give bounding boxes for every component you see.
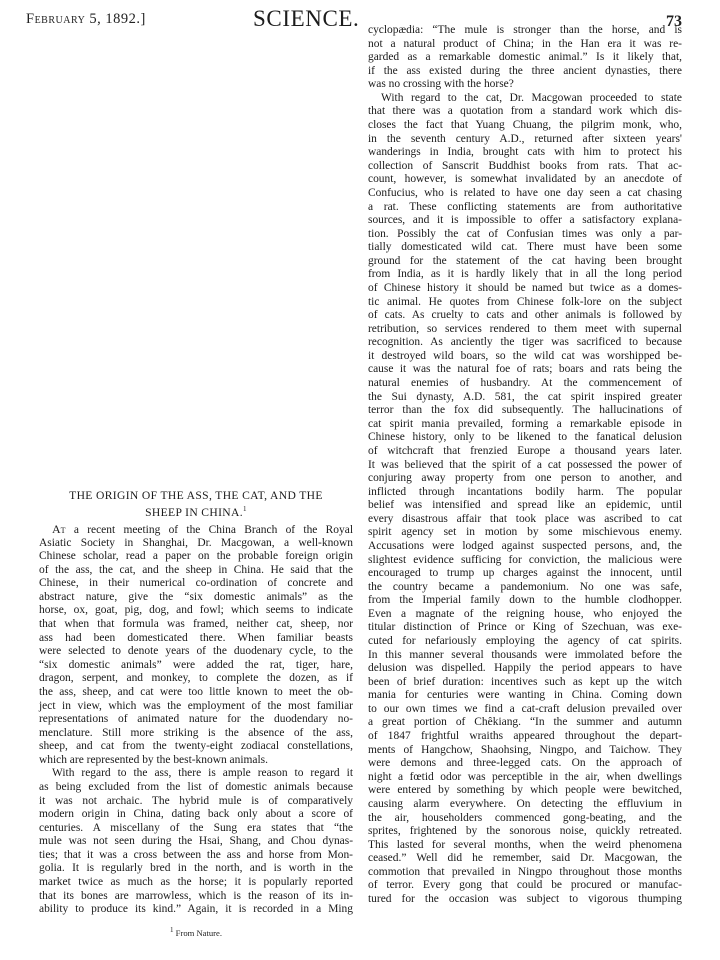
- text-line: that there was a quotation from a standa…: [368, 105, 682, 119]
- text-line: of 1847 frightful wraiths appeared throu…: [368, 730, 682, 744]
- text-line: representations of animated nature for t…: [39, 713, 353, 727]
- opening-word: At: [52, 522, 66, 536]
- text-line: Asiatic Society in Shanghai, Dr. Macgowa…: [39, 537, 353, 551]
- text-line: cuted for nefariously employing the agen…: [368, 635, 682, 649]
- text-line: Chinese history, only to be likened to t…: [368, 431, 682, 445]
- text-line: count, however, is somewhat invalidated …: [368, 173, 682, 187]
- text-line: if the ass existed during the three anci…: [368, 65, 682, 79]
- text-line: encouraged to trump up charges against t…: [368, 567, 682, 581]
- text-line: conjuring away property from one person …: [368, 472, 682, 486]
- text-line: closes the fact that Yuang Chuang, the p…: [368, 119, 682, 133]
- article-title: THE ORIGIN OF THE ASS, THE CAT, AND THE …: [39, 488, 353, 521]
- text-line: collection of Sanscrit Buddhist books fr…: [368, 160, 682, 174]
- text-line: golia. It is regularly bred in the north…: [39, 862, 353, 876]
- text-line: ass had been domesticated there. When fa…: [39, 632, 353, 646]
- text-line: were demons and three-legged cats. On th…: [368, 757, 682, 771]
- right-column: cyclopædia: “The mule is stronger than t…: [368, 24, 682, 907]
- text-line: was no crossing with the horse?: [368, 78, 682, 92]
- text-line: cyclopædia: “The mule is stronger than t…: [368, 24, 682, 38]
- article-title-line-2: SHEEP IN CHINA.1: [39, 505, 353, 522]
- text-line: mania for centuries were wanting in Chin…: [368, 689, 682, 703]
- text-line: a rat. These conflicting statements are …: [368, 201, 682, 215]
- footnote: 1 From Nature.: [39, 928, 353, 938]
- footnote-text: From Nature.: [176, 928, 222, 938]
- text-line: tured for the occasion was subject to vi…: [368, 893, 682, 907]
- text-line: were selected to denote years of the duo…: [39, 645, 353, 659]
- text-line: This lasted for several months, when the…: [368, 839, 682, 853]
- text-line: horse, ox, goat, pig, dog, and fowl; whi…: [39, 604, 353, 618]
- article-title-text: SHEEP IN CHINA.: [145, 506, 243, 519]
- text-line: from India, as it is hardly likely that …: [368, 268, 682, 282]
- text-line: sheep, and cat from the twenty-eight zod…: [39, 740, 353, 754]
- text-line: market twice as much as the horse; it is…: [39, 876, 353, 890]
- text-line: “six domestic animals” were added the ra…: [39, 659, 353, 673]
- text-line: were entered by something by which peopl…: [368, 784, 682, 798]
- issue-date: February 5, 1892.]: [26, 11, 146, 28]
- text-line: the air, householders commenced gong-bea…: [368, 812, 682, 826]
- text-line: With regard to the cat, Dr. Macgowan pro…: [368, 92, 682, 106]
- text-line: recognition. As anciently the tiger was …: [368, 336, 682, 350]
- right-column-body: cyclopædia: “The mule is stronger than t…: [368, 24, 682, 907]
- text-line: Accusations were lodged against suspecte…: [368, 540, 682, 554]
- text-line: Even a magnate of the reigning house, wh…: [368, 608, 682, 622]
- text-line: abstract nature, give the “six domestic …: [39, 591, 353, 605]
- text-line: ject in view, which was the employment o…: [39, 700, 353, 714]
- text-line: of the ass, the cat, and the sheep in Ch…: [39, 564, 353, 578]
- text-line: the country became a pandemonium. No one…: [368, 581, 682, 595]
- text-line: tic animal. He quotes from Chinese folk-…: [368, 296, 682, 310]
- text-line: not a natural product of China; in the H…: [368, 38, 682, 52]
- text-line: dragon, serpent, and monkey, to complete…: [39, 672, 353, 686]
- text-line: ground for the statement of the cat havi…: [368, 255, 682, 269]
- text-line: slightest evidence sufficing for convict…: [368, 554, 682, 568]
- text-line: modern origin in China, dating back only…: [39, 808, 353, 822]
- left-column-body: At a recent meeting of the China Branch …: [39, 523, 353, 917]
- text-line: At a recent meeting of the China Branch …: [39, 523, 353, 537]
- text-line: from the Imperial family down to the hum…: [368, 594, 682, 608]
- text-line: With regard to the ass, there is ample r…: [39, 767, 353, 781]
- text-line: delusion was dispelled. Happily the peri…: [368, 662, 682, 676]
- text-line: tially domesticated wild cat. There must…: [368, 241, 682, 255]
- text-line: in the seventh century A.D., returned af…: [368, 133, 682, 147]
- text-line: that when that formula was framed, neith…: [39, 618, 353, 632]
- text-line: tion. Possibly the cat of Confusian time…: [368, 228, 682, 242]
- text-line: it was not archaic. The hybrid mule is o…: [39, 795, 353, 809]
- text-line: of Chinese history it should be named bu…: [368, 282, 682, 296]
- text-line: of witchcraft that frenzied Europe a tho…: [368, 445, 682, 459]
- text-line: mule was not seen during the Hsai, Shang…: [39, 835, 353, 849]
- text-line: It was believed that the spirit of a cat…: [368, 459, 682, 473]
- text-line: night a fœtid odor was perceptible in th…: [368, 771, 682, 785]
- text-line: as being excluded from the list of domes…: [39, 781, 353, 795]
- text-line: every disastrous affair that took place …: [368, 513, 682, 527]
- text-line: of cats. As cruelty to cats and other an…: [368, 309, 682, 323]
- article-title-line-1: THE ORIGIN OF THE ASS, THE CAT, AND THE: [39, 488, 353, 505]
- text-line: inflicted through incantations bodily ha…: [368, 486, 682, 500]
- text-line: natural enemies of husbandry. At the com…: [368, 377, 682, 391]
- text-line: retribution, so services rendered to the…: [368, 323, 682, 337]
- footnote-mark: 1: [243, 505, 247, 513]
- text-line: a great portion of Chêkiang. “In the sum…: [368, 716, 682, 730]
- text-line: belief was intensified and spread like a…: [368, 499, 682, 513]
- text-line: cause it was the natural foe of rats; bo…: [368, 363, 682, 377]
- text-line: sources, and it is impossible to offer a…: [368, 214, 682, 228]
- text-line: spirit agency set in motion by some misc…: [368, 526, 682, 540]
- left-column: THE ORIGIN OF THE ASS, THE CAT, AND THE …: [39, 488, 353, 917]
- text-line: of terror. Every gong that could be proc…: [368, 879, 682, 893]
- text-line: ties; that it was a cross between the as…: [39, 849, 353, 863]
- line-text: a recent meeting of the China Branch of …: [66, 524, 353, 536]
- text-line: been of brief duration: incentives such …: [368, 676, 682, 690]
- text-line: In this manner several thousands were im…: [368, 649, 682, 663]
- text-line: Chinese scholar, read a paper on the pro…: [39, 550, 353, 564]
- footnote-number: 1: [170, 926, 174, 934]
- text-line: commotion that prevailed in Ningpo throu…: [368, 866, 682, 880]
- text-line: Confucius, who is related to have one da…: [368, 187, 682, 201]
- text-line: ments of Hangchow, Shaohsing, Ningpo, an…: [368, 744, 682, 758]
- text-line: causing alarm everywhere. On detecting t…: [368, 798, 682, 812]
- text-line: the Sui dynasty, A.D. 581, the cat spiri…: [368, 391, 682, 405]
- text-line: Chinese, in their numerical co-ordinatio…: [39, 577, 353, 591]
- text-line: centuries. A miscellany of the Sung era …: [39, 822, 353, 836]
- text-line: to our own times we find a cat-craft del…: [368, 703, 682, 717]
- journal-title: SCIENCE.: [253, 6, 359, 32]
- text-line: ceased.” Well did he remember, said Dr. …: [368, 852, 682, 866]
- text-line: ability to produce its kind.” Again, it …: [39, 903, 353, 917]
- text-line: sprites, frightened by the sonorous nois…: [368, 825, 682, 839]
- text-line: that its bones are marrowless, which is …: [39, 890, 353, 904]
- text-line: menclature. Still more striking is the a…: [39, 727, 353, 741]
- text-line: the ass, sheep, and cat were too little …: [39, 686, 353, 700]
- text-line: terror than the fox did subsequently. Th…: [368, 404, 682, 418]
- text-line: cat spirit mania prevailed, forming a re…: [368, 418, 682, 432]
- text-line: garded as a remarkable domestic animal.”…: [368, 51, 682, 65]
- text-line: titular distinction of Prince or King of…: [368, 621, 682, 635]
- text-line: it destroyed wild boars, so the wild cat…: [368, 350, 682, 364]
- text-line: which are represented by the best-known …: [39, 754, 353, 768]
- text-line: wanderings in India, brought cats with h…: [368, 146, 682, 160]
